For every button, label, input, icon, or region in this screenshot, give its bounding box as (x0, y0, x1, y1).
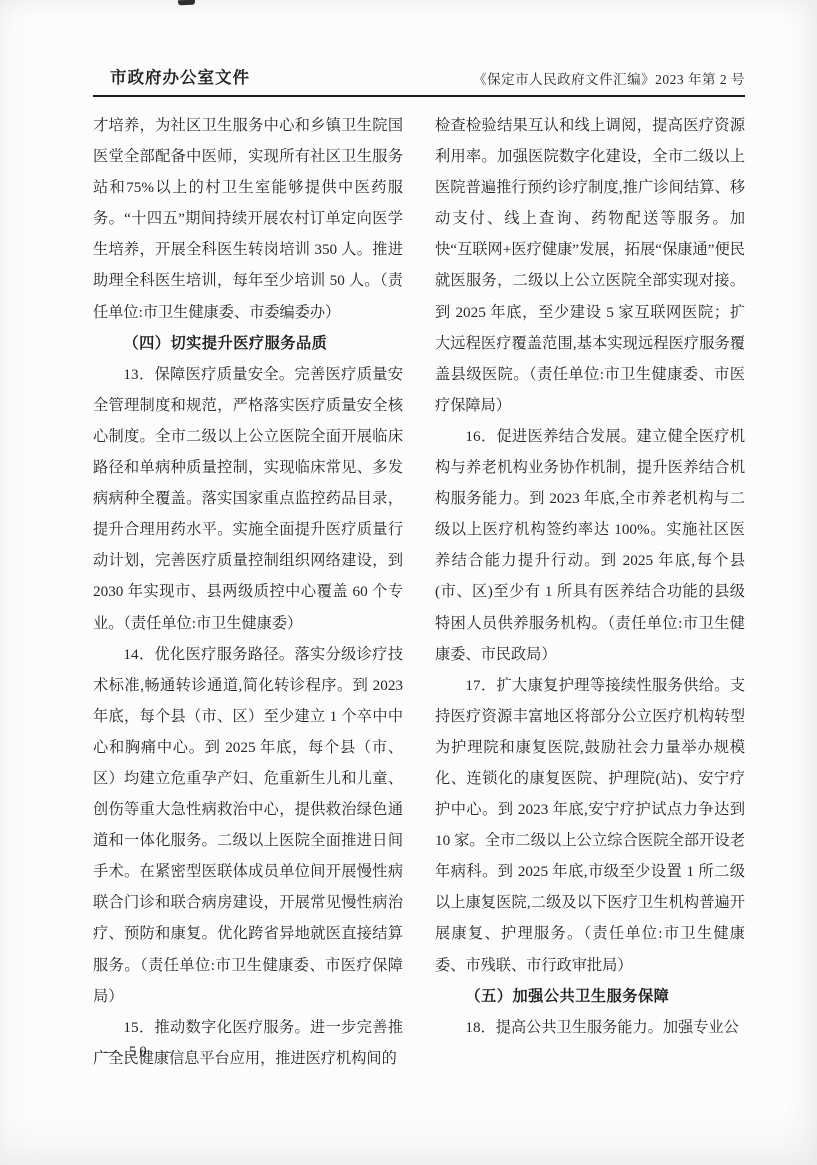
page-number: — 50 — (104, 1044, 175, 1061)
text-columns: 才培养，为社区卫生服务中心和乡镇卫生院国医堂全部配备中医师，实现所有社区卫生服务… (93, 110, 745, 1074)
right-column: 检查检验结果互认和线上调阅，提高医疗资源利用率。加强医院数字化建设，全市二级以上… (435, 110, 745, 1074)
header-right-title: 《保定市人民政府文件汇编》2023 年第 2 号 (473, 68, 745, 88)
page-header: 市政府办公室文件 《保定市人民政府文件汇编》2023 年第 2 号 (93, 64, 745, 97)
left-column: 才培养，为社区卫生服务中心和乡镇卫生院国医堂全部配备中医师，实现所有社区卫生服务… (93, 110, 403, 1074)
page-content: 市政府办公室文件 《保定市人民政府文件汇编》2023 年第 2 号 才培养，为社… (93, 64, 745, 1074)
header-left-title: 市政府办公室文件 (93, 64, 250, 88)
paragraph-item-14: 14．优化医疗服务路径。落实分级诊疗技术标准,畅通转诊通道,简化转诊程序。到 2… (93, 639, 403, 1012)
section-heading-4: （四）切实提升医疗服务品质 (93, 328, 403, 359)
paragraph-continuation: 才培养，为社区卫生服务中心和乡镇卫生院国医堂全部配备中医师，实现所有社区卫生服务… (93, 110, 403, 328)
scan-artifact (178, 0, 195, 5)
paragraph-item-13: 13．保障医疗质量安全。完善医疗质量安全管理制度和规范，严格落实医疗质量安全核心… (93, 359, 403, 639)
paragraph-item-16: 16．促进医养结合发展。建立健全医疗机构与养老机构业务协作机制，提升医养结合机构… (435, 421, 745, 670)
document-page: 市政府办公室文件 《保定市人民政府文件汇编》2023 年第 2 号 才培养，为社… (0, 0, 817, 1165)
paragraph-item-17: 17．扩大康复护理等接续性服务供给。支持医疗资源丰富地区将部分公立医疗机构转型为… (435, 670, 745, 981)
paragraph-item-15-continuation: 检查检验结果互认和线上调阅，提高医疗资源利用率。加强医院数字化建设，全市二级以上… (435, 110, 745, 421)
paragraph-item-15: 15．推动数字化医疗服务。进一步完善推广全民健康信息平台应用，推进医疗机构间的 (93, 1012, 403, 1074)
paragraph-item-18: 18．提高公共卫生服务能力。加强专业公 (435, 1012, 745, 1043)
section-heading-5: （五）加强公共卫生服务保障 (435, 981, 745, 1012)
